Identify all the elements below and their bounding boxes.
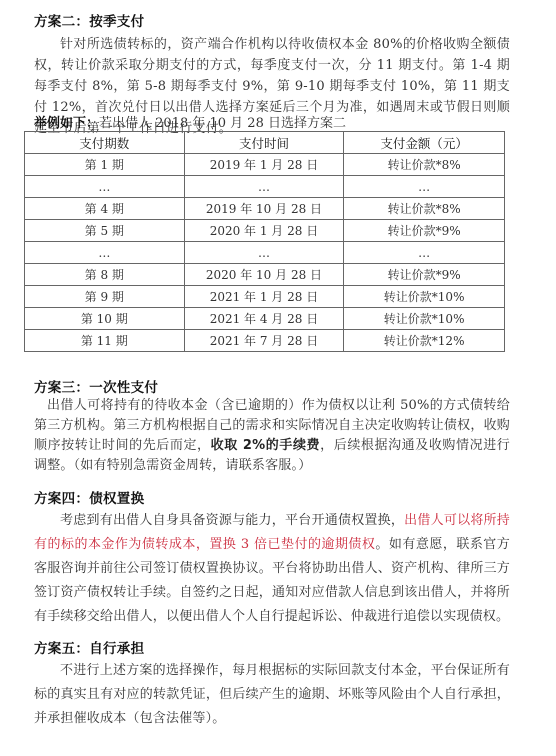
example-label: 举例如下：: [34, 116, 99, 131]
plan4-body-text: 考虑到有出借人自身具备资源与能力，平台开通债权置换，: [60, 513, 404, 528]
cell-amount: 转让价款*9%: [344, 264, 505, 286]
plan4-title: 方案四：债权置换: [34, 487, 144, 507]
cell-date: 2019 年 10 月 28 日: [184, 198, 344, 220]
cell-amount: 转让价款*12%: [344, 330, 505, 352]
header-amount: 支付金额（元）: [344, 132, 505, 154]
example-line: 举例如下：若出借人 2018 年 10 月 28 日选择方案二: [34, 112, 346, 131]
cell-date: 2021 年 1 月 28 日: [184, 286, 344, 308]
cell-date: 2021 年 4 月 28 日: [184, 308, 344, 330]
table-row: 第 11 期2021 年 7 月 28 日转让价款*12%: [25, 330, 505, 352]
cell-period: 第 5 期: [25, 220, 185, 242]
cell-date: 2021 年 7 月 28 日: [184, 330, 344, 352]
plan3-title: 方案三：一次性支付: [34, 376, 158, 396]
cell-period: 第 9 期: [25, 286, 185, 308]
table-row: 第 1 期2019 年 1 月 28 日转让价款*8%: [25, 154, 505, 176]
example-text: 若出借人 2018 年 10 月 28 日选择方案二: [99, 116, 346, 131]
table-row: 第 5 期2020 年 1 月 28 日转让价款*9%: [25, 220, 505, 242]
table-row: 第 8 期2020 年 10 月 28 日转让价款*9%: [25, 264, 505, 286]
table-row: 第 10 期2021 年 4 月 28 日转让价款*10%: [25, 308, 505, 330]
plan5-title: 方案五：自行承担: [34, 637, 144, 657]
plan2-title: 方案二：按季支付: [34, 10, 144, 30]
cell-amount: 转让价款*8%: [344, 154, 505, 176]
payment-schedule-table: 支付期数 支付时间 支付金额（元） 第 1 期2019 年 1 月 28 日转让…: [24, 131, 505, 352]
cell-period: 第 1 期: [25, 154, 185, 176]
header-period: 支付期数: [25, 132, 185, 154]
plan3-body: 出借人可将持有的待收本金（含已逾期的）作为债权以让利 50%的方式债转给第三方机…: [34, 396, 510, 476]
cell-period: 第 10 期: [25, 308, 185, 330]
cell-period: 第 11 期: [25, 330, 185, 352]
cell-date: …: [184, 176, 344, 198]
table-row: ………: [25, 242, 505, 264]
cell-amount: 转让价款*10%: [344, 286, 505, 308]
cell-amount: 转让价款*8%: [344, 198, 505, 220]
cell-amount: …: [344, 176, 505, 198]
cell-amount: …: [344, 242, 505, 264]
plan3-fee-highlight: 收取 2%的手续费: [211, 438, 321, 453]
cell-period: 第 4 期: [25, 198, 185, 220]
cell-amount: 转让价款*10%: [344, 308, 505, 330]
cell-period: …: [25, 242, 185, 264]
cell-amount: 转让价款*9%: [344, 220, 505, 242]
cell-date: 2020 年 1 月 28 日: [184, 220, 344, 242]
cell-date: 2019 年 1 月 28 日: [184, 154, 344, 176]
plan5-body: 不进行上述方案的选择操作，每月根据标的实际回款支付本金，平台保证所有标的真实且有…: [34, 659, 510, 731]
table-row: 第 9 期2021 年 1 月 28 日转让价款*10%: [25, 286, 505, 308]
cell-period: 第 8 期: [25, 264, 185, 286]
cell-date: …: [184, 242, 344, 264]
table-row: ………: [25, 176, 505, 198]
cell-period: …: [25, 176, 185, 198]
cell-date: 2020 年 10 月 28 日: [184, 264, 344, 286]
table-header-row: 支付期数 支付时间 支付金额（元）: [25, 132, 505, 154]
plan4-body: 考虑到有出借人自身具备资源与能力，平台开通债权置换，出借人可以将所持有的标的本金…: [34, 509, 510, 629]
table-row: 第 4 期2019 年 10 月 28 日转让价款*8%: [25, 198, 505, 220]
header-date: 支付时间: [184, 132, 344, 154]
